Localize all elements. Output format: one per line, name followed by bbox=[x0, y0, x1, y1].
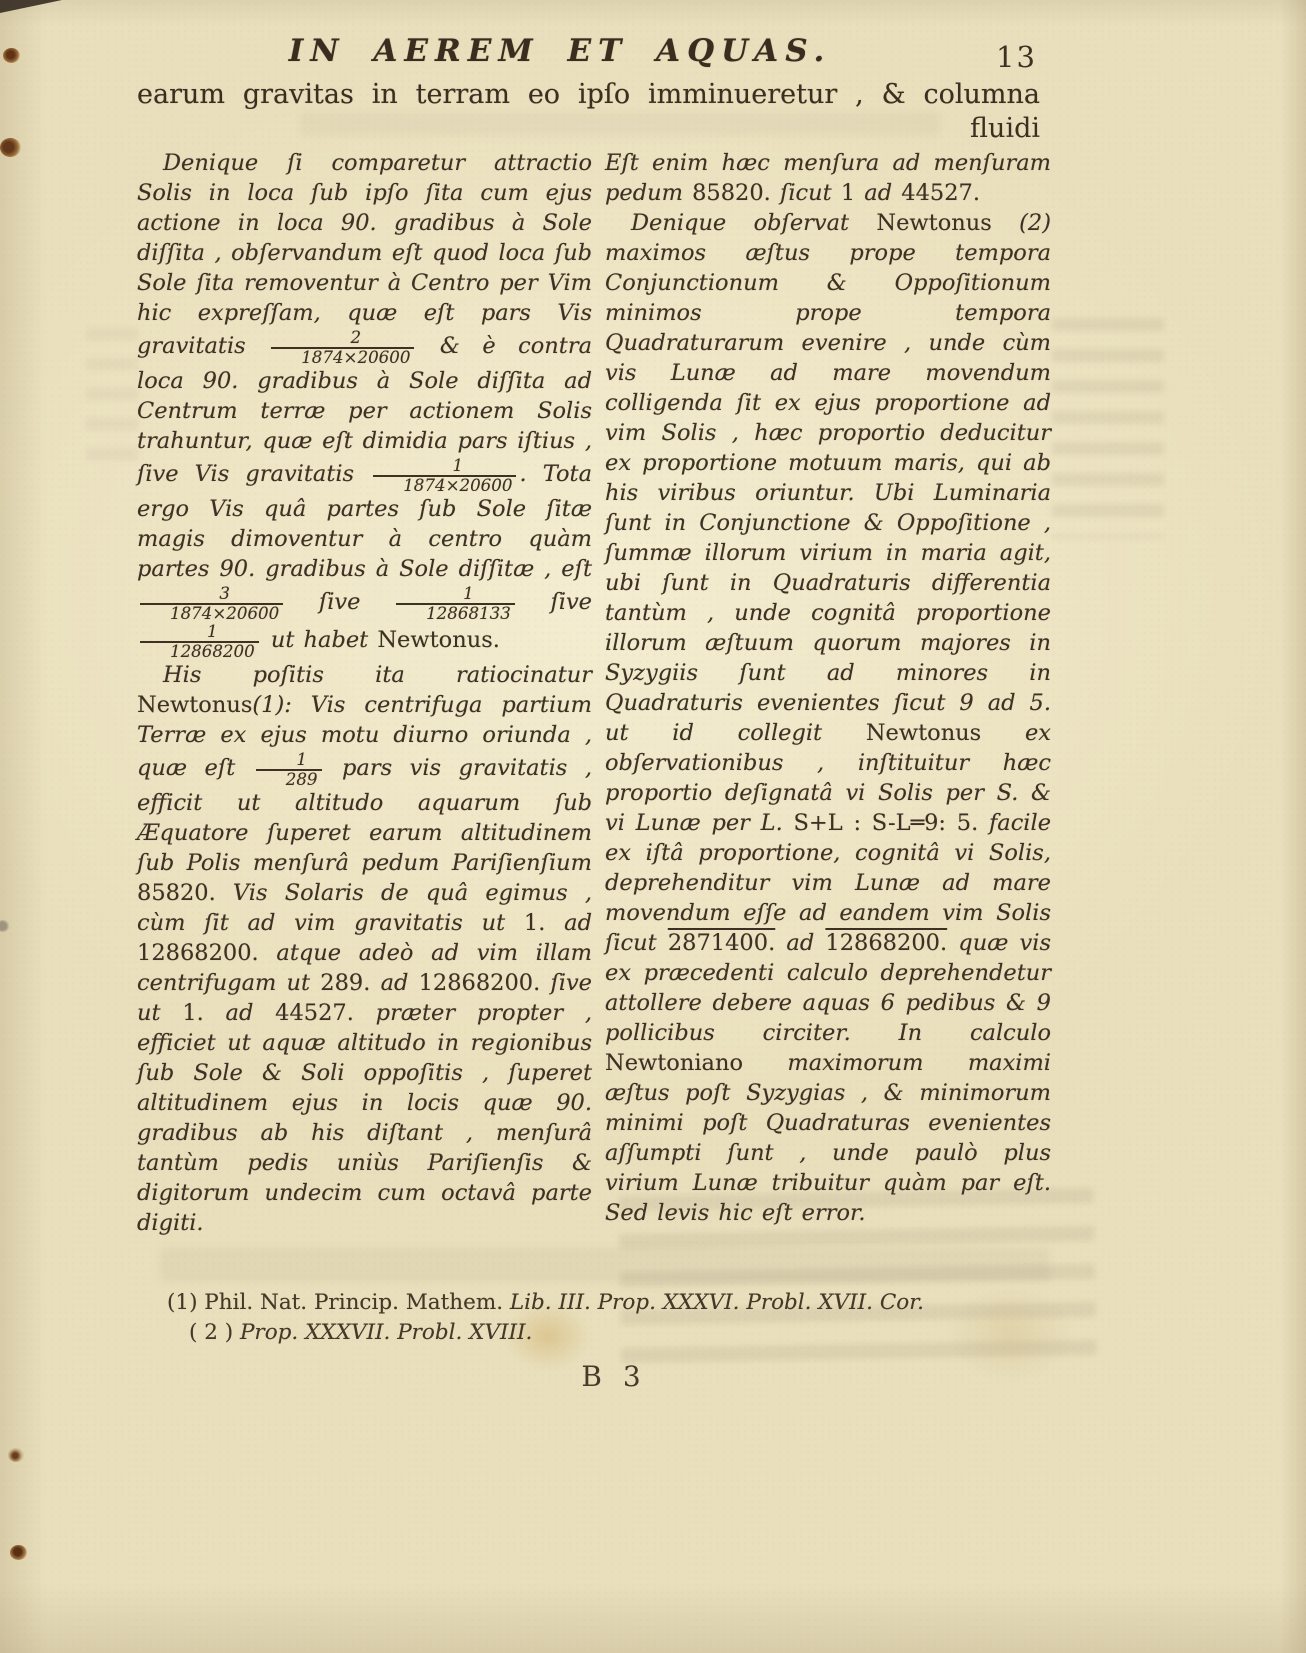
fraction-denominator: 289 bbox=[256, 769, 322, 789]
text-run: 1. bbox=[182, 1000, 203, 1026]
two-column-text-block: Denique ſi comparetur attractio Solis in… bbox=[137, 148, 1051, 1238]
overlined-number: 2871400. bbox=[668, 930, 775, 956]
carryover-catchword: fluidi bbox=[137, 113, 1040, 144]
text-run: maximorum maximi æſtus poſt Syzygias , &… bbox=[605, 1050, 1051, 1226]
text-run: S+L : S-L═9: 5. bbox=[794, 810, 979, 836]
paragraph: Eſt enim hæc menſura ad menſuram pedum 8… bbox=[605, 148, 1051, 208]
text-run: (1) Phil. Nat. Princip. Mathem. bbox=[167, 1290, 510, 1315]
text-run: 85820. bbox=[137, 880, 216, 906]
inline-fraction: 1289 bbox=[256, 751, 322, 789]
text-run: ſive bbox=[518, 589, 592, 615]
fraction-denominator: 12868133 bbox=[396, 603, 515, 623]
paragraph: His poſitis ita ratiocinatur Newtonus(1)… bbox=[137, 660, 592, 1238]
text-run: 44527. bbox=[275, 1000, 354, 1026]
fraction-numerator: 1 bbox=[181, 623, 218, 641]
wormhole bbox=[3, 48, 20, 63]
fraction-numerator: 1 bbox=[437, 585, 474, 603]
signature-mark: B 3 bbox=[0, 1360, 1228, 1393]
text-run: 44527. bbox=[901, 180, 980, 206]
wormhole bbox=[0, 138, 21, 157]
inline-fraction: 112868133 bbox=[396, 585, 515, 623]
text-run: ad bbox=[775, 930, 825, 956]
overlined-number: 12868200. bbox=[825, 930, 947, 956]
text-run: Denique ſi comparetur attractio Solis in… bbox=[137, 150, 592, 359]
inline-fraction: 11874×20600 bbox=[373, 457, 516, 495]
inline-fraction: 31874×20600 bbox=[140, 585, 283, 623]
fraction-denominator: 1874×20600 bbox=[373, 475, 516, 495]
text-run: (2) maximos æſtus prope tempora Conjunct… bbox=[605, 210, 1051, 746]
text-run: 12868200. bbox=[137, 940, 259, 966]
fraction-numerator: 1 bbox=[427, 457, 464, 475]
text-run: Denique obſervat bbox=[631, 210, 876, 236]
text-run: Newtonus bbox=[866, 720, 981, 746]
text-run: præter propter , efficiet ut aquæ altitu… bbox=[137, 1000, 592, 1236]
inline-fraction: 21874×20600 bbox=[271, 329, 414, 367]
fraction-denominator: 12868200 bbox=[140, 641, 259, 661]
fraction-denominator: 1874×20600 bbox=[140, 603, 283, 623]
fraction-numerator: 3 bbox=[193, 585, 230, 603]
text-run: ( 2 ) bbox=[189, 1320, 240, 1345]
text-run: Newtoniano bbox=[605, 1050, 743, 1076]
text-run: His poſitis ita ratiocinatur bbox=[163, 662, 592, 688]
carryover-text-line: earum gravitas in terram eo ipſo imminue… bbox=[137, 78, 1040, 111]
text-column-right: Eſt enim hæc menſura ad menſuram pedum 8… bbox=[605, 148, 1051, 1238]
text-run: Prop. XXXVII. Probl. XVIII. bbox=[240, 1320, 532, 1345]
text-run: 1. bbox=[524, 910, 545, 936]
wormhole bbox=[10, 1545, 27, 1560]
text-run: ad bbox=[204, 1000, 275, 1026]
text-run: 1 bbox=[841, 180, 855, 206]
text-run: 12868200. bbox=[419, 970, 541, 996]
text-run: ad bbox=[545, 910, 592, 936]
text-column-left: Denique ſi comparetur attractio Solis in… bbox=[137, 148, 592, 1238]
paragraph: Denique obſervat Newtonus (2) maximos æſ… bbox=[605, 208, 1051, 1228]
text-run: ſicut bbox=[771, 180, 841, 206]
text-run: 85820. bbox=[692, 180, 771, 206]
text-run: ad bbox=[855, 180, 901, 206]
fraction-numerator: 2 bbox=[325, 329, 362, 347]
text-run: 289. bbox=[320, 970, 370, 996]
text-run: ad bbox=[370, 970, 418, 996]
wormhole bbox=[8, 1448, 24, 1462]
page-number: 13 bbox=[996, 40, 1037, 74]
text-run: Lib. III. Prop. XXXVI. Probl. XVII. Cor. bbox=[510, 1290, 924, 1315]
footnotes: (1) Phil. Nat. Princip. Mathem. Lib. III… bbox=[167, 1288, 1062, 1348]
footnote-line: ( 2 ) Prop. XXXVII. Probl. XVIII. bbox=[167, 1318, 1062, 1348]
inline-fraction: 112868200 bbox=[140, 623, 259, 661]
text-run: ut habet bbox=[262, 627, 378, 653]
text-run: Newtonus bbox=[137, 692, 252, 718]
footnote-line: (1) Phil. Nat. Princip. Mathem. Lib. III… bbox=[167, 1288, 1062, 1318]
paragraph: Denique ſi comparetur attractio Solis in… bbox=[137, 148, 592, 660]
fraction-numerator: 1 bbox=[270, 751, 307, 769]
fraction-denominator: 1874×20600 bbox=[271, 347, 414, 367]
running-header: IN AEREM ET AQUAS. bbox=[60, 33, 1060, 69]
text-run: Newtonus bbox=[876, 210, 991, 236]
text-run: Newtonus. bbox=[377, 627, 500, 653]
text-run: ſive bbox=[286, 589, 393, 615]
